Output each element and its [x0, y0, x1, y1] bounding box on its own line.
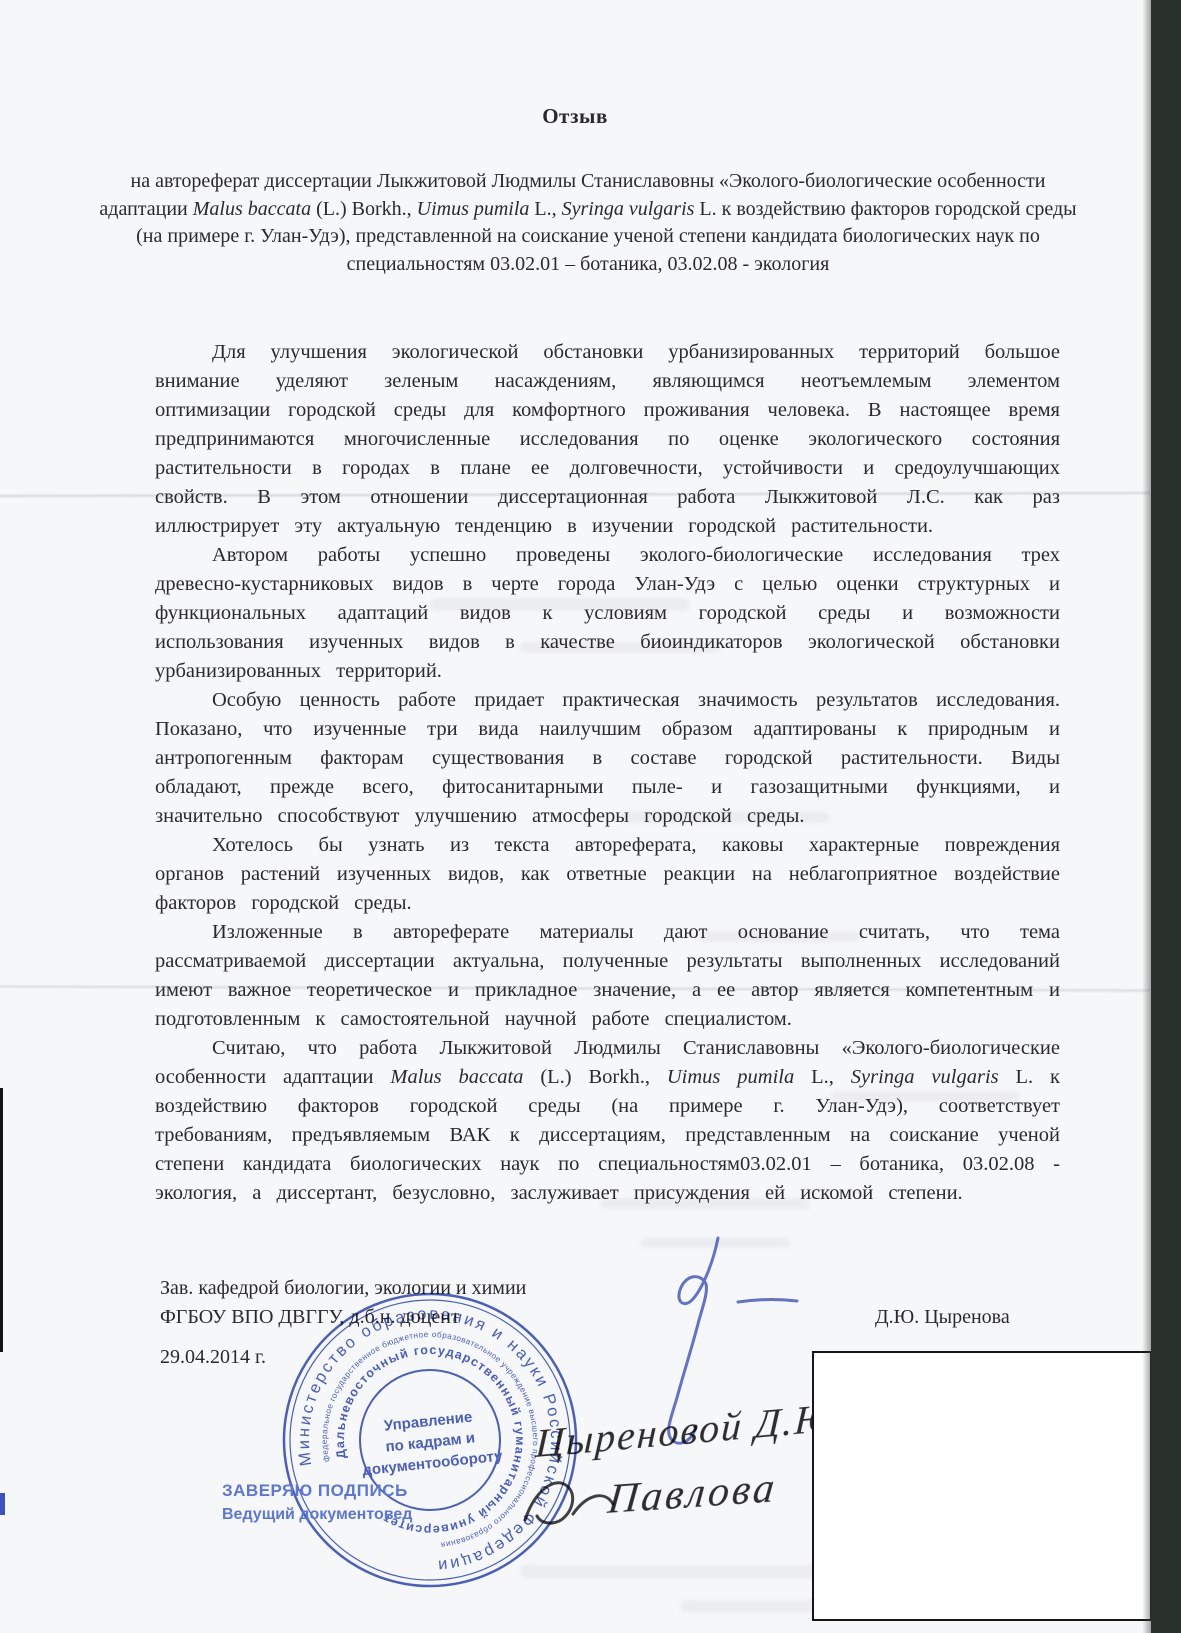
- signer-name: Д.Ю. Цыренова: [875, 1306, 1010, 1329]
- document-body: Для улучшения экологической обстановки у…: [155, 338, 1060, 1208]
- clerk-title-label: Ведущий документовед: [222, 1506, 412, 1524]
- body-paragraph: Для улучшения экологической обстановки у…: [155, 338, 1060, 541]
- document-header: на автореферат диссертации Лыкжитовой Лю…: [88, 168, 1088, 278]
- body-paragraph: Хотелось бы узнать из текста автореферат…: [155, 831, 1060, 918]
- paper-edge-shadow: [1142, 0, 1151, 1633]
- body-paragraph: Автором работы успешно проведены эколого…: [155, 541, 1060, 686]
- stamp-center-line3: документообороту: [362, 1447, 504, 1479]
- scanned-document-page: Отзыв на автореферат диссертации Лыкжито…: [0, 0, 1181, 1633]
- document-date: 29.04.2014 г.: [160, 1346, 266, 1369]
- redaction-box: [812, 1351, 1152, 1621]
- scan-edge-mark: [0, 1088, 3, 1352]
- document-title: Отзыв: [0, 104, 1150, 129]
- body-paragraph: Считаю, что работа Лыкжитовой Людмилы Ст…: [155, 1034, 1060, 1208]
- body-paragraph: Изложенные в автореферате материалы дают…: [155, 918, 1060, 1034]
- scanner-background-band: [1151, 0, 1181, 1633]
- body-paragraph: Особую ценность работе придает практичес…: [155, 686, 1060, 831]
- scan-edge-mark: [0, 1493, 5, 1515]
- certify-signature-label: ЗАВЕРЯЮ ПОДПИСЬ: [222, 1481, 408, 1501]
